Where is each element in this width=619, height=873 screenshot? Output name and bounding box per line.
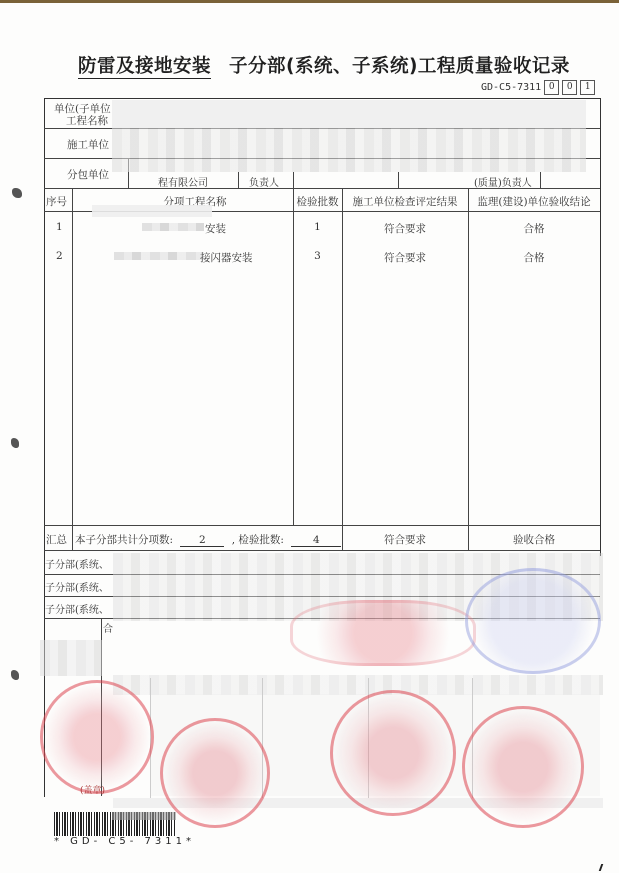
right-border	[600, 98, 601, 556]
serial-box-2: 0	[562, 80, 577, 95]
subcontract-company: 程有限公司	[158, 174, 208, 189]
col-header-conclusion: 监理(建设)单位验收结论	[468, 194, 600, 209]
redacted-signature-header	[113, 675, 603, 695]
redacted-construction-unit	[112, 128, 586, 172]
construction-unit-label: 施工单位	[67, 137, 109, 152]
serial-box-1: 0	[544, 80, 559, 95]
col-header-result: 施工单位检查评定结果	[342, 194, 468, 209]
batch-count: 4	[291, 534, 341, 547]
person-in-charge-label: 负责人	[249, 174, 279, 189]
title-main: 子分部(系统、子系统)工程质量验收记录	[229, 56, 570, 77]
subsection-row-3: 子分部(系统、	[45, 601, 109, 616]
form-code: GD-C5-7311 0 0 1	[481, 80, 595, 95]
unit-project-label: 单位(子单位 工程名称	[54, 103, 111, 127]
punch-mark	[12, 188, 22, 198]
punch-mark	[11, 670, 19, 680]
punch-mark	[11, 438, 19, 448]
official-seal	[290, 600, 476, 666]
quality-person-label: (质量)负责人	[474, 174, 532, 189]
col-header-no: 序号	[46, 194, 67, 209]
subsection-row-1: 子分部(系统、	[45, 556, 109, 571]
form-code-text: GD-C5-7311	[481, 82, 541, 93]
official-seal	[40, 680, 154, 794]
subsection-row-2: 子分部(系统、	[45, 579, 109, 594]
supervision-seal	[465, 568, 601, 674]
official-seal	[462, 706, 584, 828]
seal-note: (盖章)	[80, 783, 105, 796]
official-seal	[160, 718, 270, 828]
official-seal	[330, 690, 456, 816]
top-border	[0, 0, 619, 3]
item-count: 2	[180, 534, 224, 547]
title-prefix: 防雷及接地安装	[78, 56, 211, 79]
serial-box-3: 1	[580, 80, 595, 95]
signoff-partial-label: 合	[103, 620, 113, 635]
col-header-batches: 检验批数	[293, 194, 342, 209]
barcode-text: * GD- C5- 7311*	[54, 836, 195, 847]
subcontract-unit-label: 分包单位	[67, 167, 109, 182]
redacted-project-name	[112, 100, 586, 128]
document-title: 防雷及接地安装子分部(系统、子系统)工程质量验收记录	[78, 52, 570, 78]
